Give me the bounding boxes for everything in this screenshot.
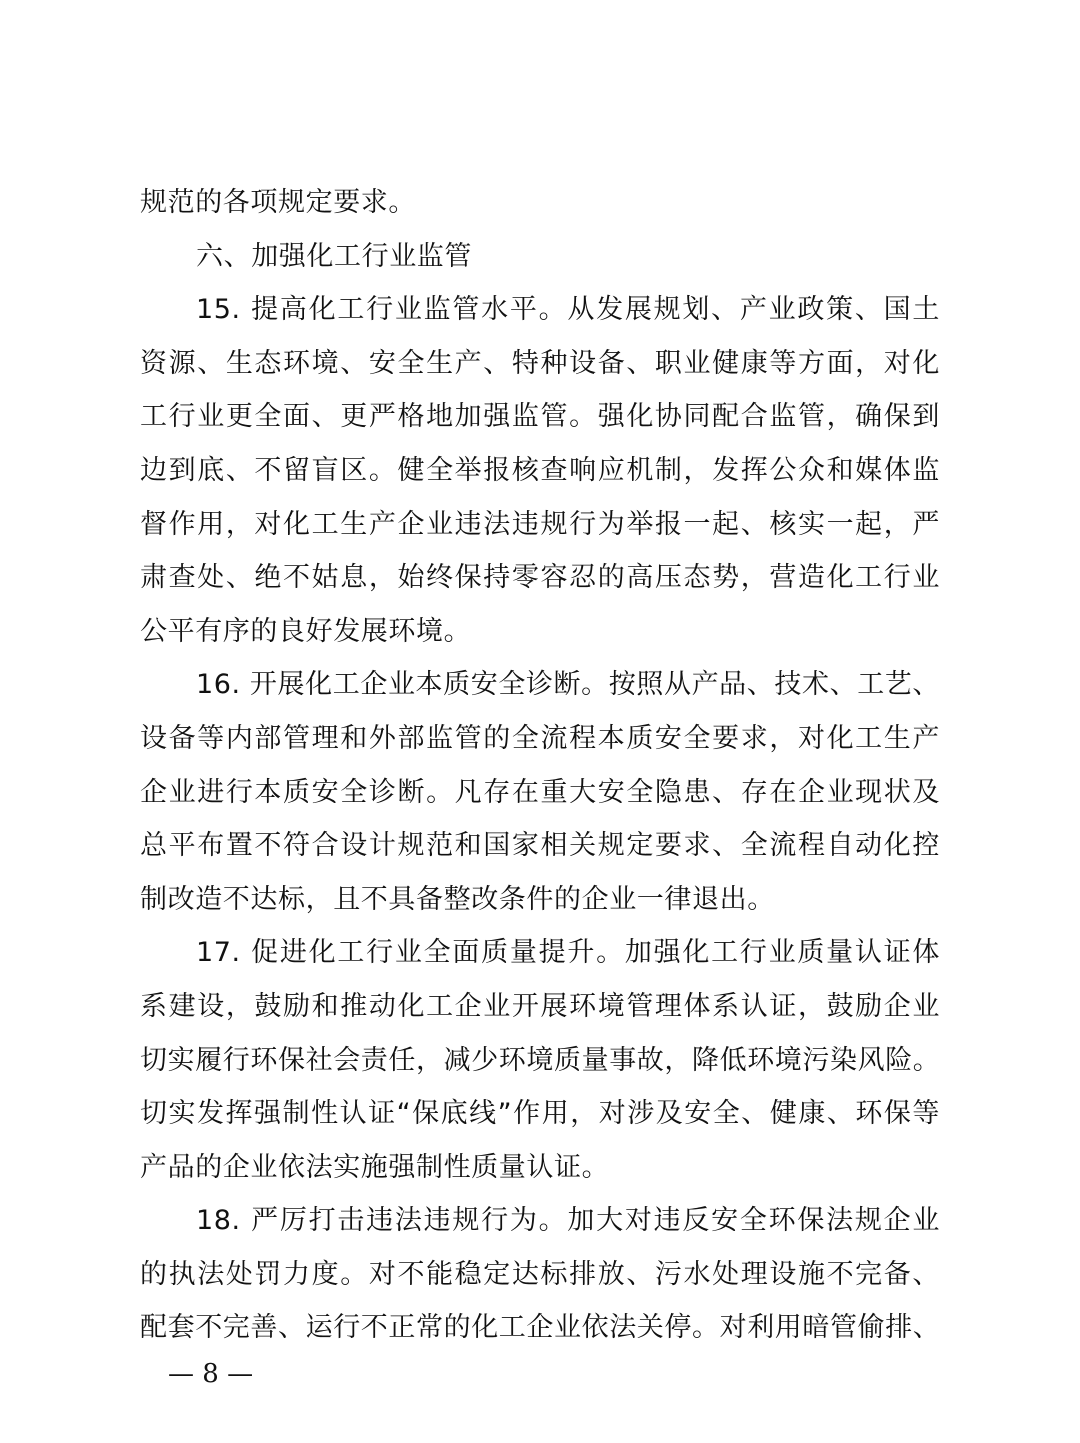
item-18-heading-line: 18. 严厉打击违法违规行为。加大对违反安全环保法规企业 <box>140 1194 940 1248</box>
section-heading-six: 六、加强化工行业监管 <box>140 230 940 284</box>
text-line: 配套不完善、运行不正常的化工企业依法关停。对利用暗管偷排、 <box>140 1301 940 1355</box>
text-line: 切实履行环保社会责任，减少环境质量事故，降低环境污染风险。 <box>140 1034 940 1088</box>
text-line: 企业进行本质安全诊断。凡存在重大安全隐患、存在企业现状及 <box>140 766 940 820</box>
text-line: 公平有序的良好发展环境。 <box>140 605 940 659</box>
text-line: 肃查处、绝不姑息，始终保持零容忍的高压态势，营造化工行业 <box>140 551 940 605</box>
text-line: 系建设，鼓励和推动化工企业开展环境管理体系认证，鼓励企业 <box>140 980 940 1034</box>
item-17-heading-line: 17. 促进化工行业全面质量提升。加强化工行业质量认证体 <box>140 926 940 980</box>
text-line: 切实发挥强制性认证“保底线”作用，对涉及安全、健康、环保等 <box>140 1087 940 1141</box>
text-line: 资源、生态环境、安全生产、特种设备、职业健康等方面，对化 <box>140 337 940 391</box>
text-line: 的执法处罚力度。对不能稳定达标排放、污水处理设施不完备、 <box>140 1248 940 1302</box>
text-line-previous-section-end: 规范的各项规定要求。 <box>140 176 940 230</box>
text-line: 工行业更全面、更严格地加强监管。强化协同配合监管，确保到 <box>140 390 940 444</box>
text-line: 总平布置不符合设计规范和国家相关规定要求、全流程自动化控 <box>140 819 940 873</box>
text-line: 督作用，对化工生产企业违法违规行为举报一起、核实一起，严 <box>140 498 940 552</box>
text-line: 产品的企业依法实施强制性质量认证。 <box>140 1141 940 1195</box>
item-15-heading-line: 15. 提高化工行业监管水平。从发展规划、产业政策、国土 <box>140 283 940 337</box>
document-body: 规范的各项规定要求。 六、加强化工行业监管 15. 提高化工行业监管水平。从发展… <box>140 176 940 1355</box>
page-number: — 8 — <box>168 1357 253 1391</box>
item-16-heading-line: 16. 开展化工企业本质安全诊断。按照从产品、技术、工艺、 <box>140 658 940 712</box>
text-line: 边到底、不留盲区。健全举报核查响应机制，发挥公众和媒体监 <box>140 444 940 498</box>
text-line: 设备等内部管理和外部监管的全流程本质安全要求，对化工生产 <box>140 712 940 766</box>
document-page: 规范的各项规定要求。 六、加强化工行业监管 15. 提高化工行业监管水平。从发展… <box>0 0 1080 1443</box>
text-line: 制改造不达标，且不具备整改条件的企业一律退出。 <box>140 873 940 927</box>
